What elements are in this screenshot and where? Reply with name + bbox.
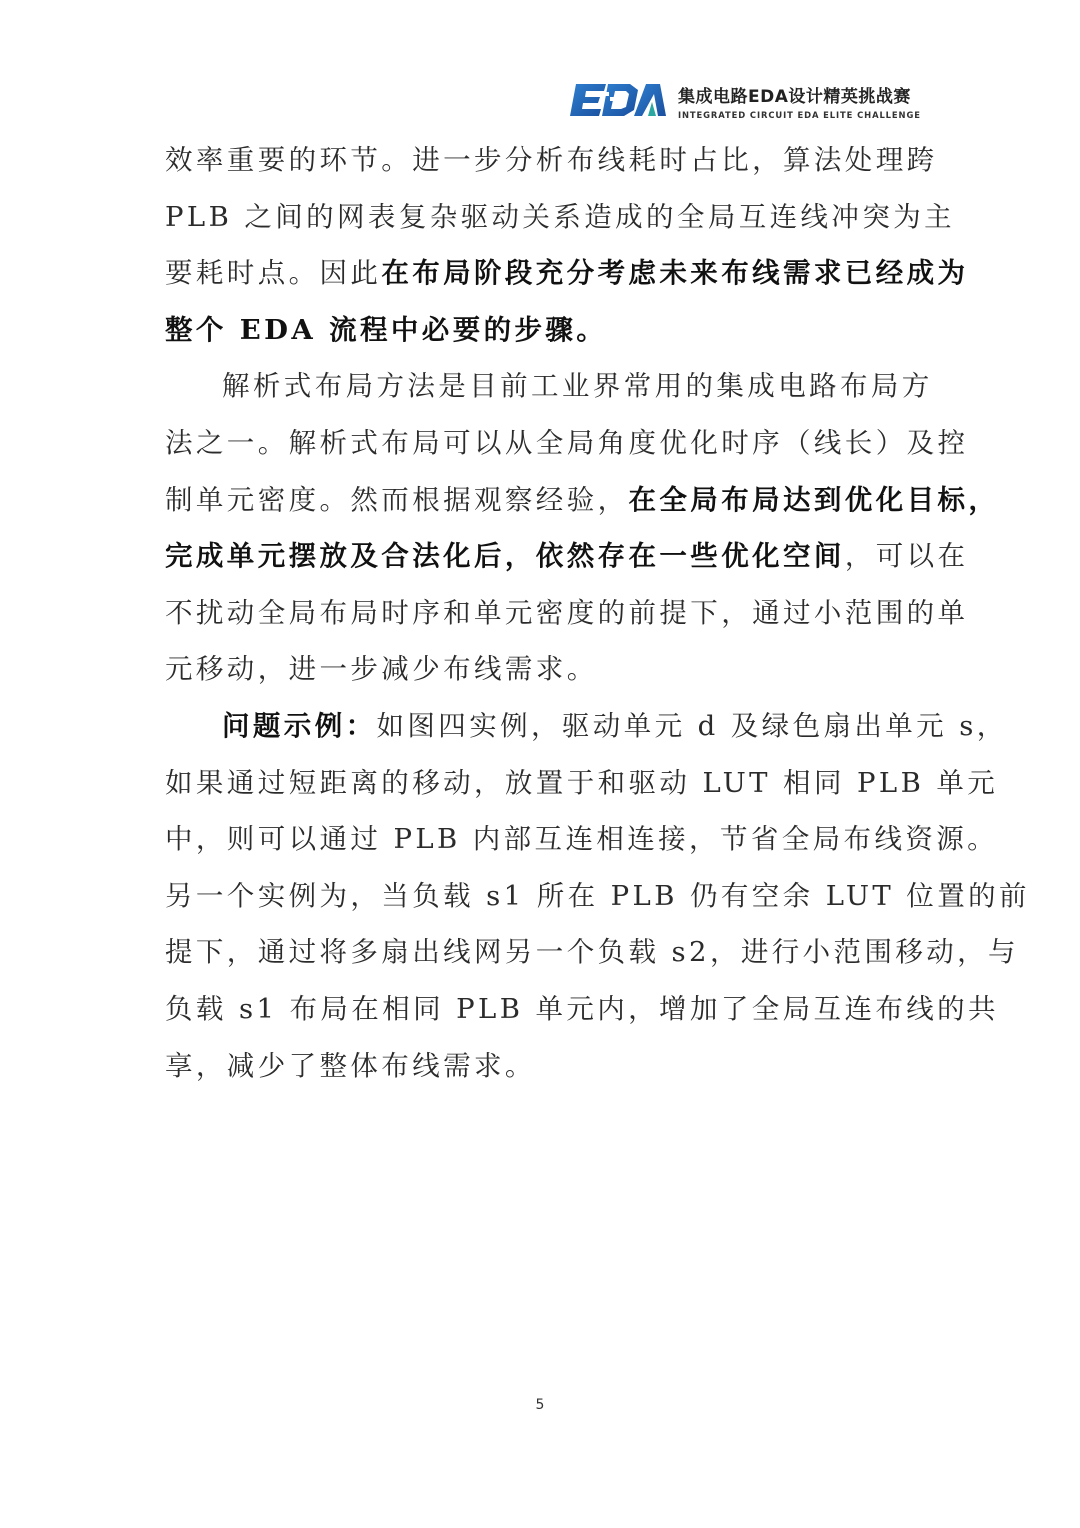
text-line: 完成单元摆放及合法化后，依然存在一些优化空间，可以在 bbox=[165, 528, 917, 585]
paragraph: 问题示例：如图四实例，驱动单元 d 及绿色扇出单元 s， 如果通过短距离的移动，… bbox=[165, 698, 917, 1094]
paragraph: 效率重要的环节。进一步分析布线耗时占比，算法处理跨 PLB 之间的网表复杂驱动关… bbox=[165, 132, 917, 358]
emphasis-text: 完成单元摆放及合法化后，依然存在一些优化空间 bbox=[165, 540, 845, 572]
brand-title-cn: 集成电路EDA设计精英挑战赛 bbox=[678, 82, 921, 107]
text-line: 问题示例：如图四实例，驱动单元 d 及绿色扇出单元 s， bbox=[165, 698, 917, 755]
paragraph: 解析式布局方法是目前工业界常用的集成电路布局方 法之一。解析式布局可以从全局角度… bbox=[165, 358, 917, 698]
brand-title-en: INTEGRATED CIRCUIT EDA ELITE CHALLENGE bbox=[678, 110, 921, 120]
emphasis-text: 整个 EDA 流程中必要的步骤。 bbox=[165, 314, 607, 346]
emphasis-text: 在全局布局达到优化目标， bbox=[629, 484, 1000, 516]
text-line: 提下，通过将多扇出线网另一个负载 s2，进行小范围移动，与 bbox=[165, 924, 917, 981]
document-body: 效率重要的环节。进一步分析布线耗时占比，算法处理跨 PLB 之间的网表复杂驱动关… bbox=[165, 132, 917, 1094]
emphasis-text: 在布局阶段充分考虑未来布线需求已经成为 bbox=[381, 257, 968, 289]
text-line: 效率重要的环节。进一步分析布线耗时占比，算法处理跨 bbox=[165, 132, 917, 189]
text-line: 如果通过短距离的移动，放置于和驱动 LUT 相同 PLB 单元 bbox=[165, 755, 917, 812]
text-line: 元移动，进一步减少布线需求。 bbox=[165, 641, 917, 698]
text-line: 负载 s1 布局在相同 PLB 单元内，增加了全局互连布线的共 bbox=[165, 981, 917, 1038]
text-line: 法之一。解析式布局可以从全局角度优化时序（线长）及控 bbox=[165, 415, 917, 472]
text-line: 不扰动全局布局时序和单元密度的前提下，通过小范围的单 bbox=[165, 585, 917, 642]
text-line: 解析式布局方法是目前工业界常用的集成电路布局方 bbox=[165, 358, 917, 415]
text-line: 中，则可以通过 PLB 内部互连相连接，节省全局布线资源。 bbox=[165, 811, 917, 868]
text-line: 另一个实例为，当负载 s1 所在 PLB 仍有空余 LUT 位置的前 bbox=[165, 868, 917, 925]
eda-logo-icon bbox=[568, 80, 668, 120]
text-line: 整个 EDA 流程中必要的步骤。 bbox=[165, 302, 917, 359]
brand-text: 集成电路EDA设计精英挑战赛 INTEGRATED CIRCUIT EDA EL… bbox=[678, 82, 921, 120]
page-number: 5 bbox=[0, 1397, 1080, 1413]
text-line: PLB 之间的网表复杂驱动关系造成的全局互连线冲突为主 bbox=[165, 189, 917, 246]
label-text: 问题示例： bbox=[222, 710, 377, 742]
text-line: 要耗时点。因此在布局阶段充分考虑未来布线需求已经成为 bbox=[165, 245, 917, 302]
text-line: 享，减少了整体布线需求。 bbox=[165, 1038, 917, 1095]
page-header: 集成电路EDA设计精英挑战赛 INTEGRATED CIRCUIT EDA EL… bbox=[568, 78, 918, 122]
text-line: 制单元密度。然而根据观察经验，在全局布局达到优化目标， bbox=[165, 472, 917, 529]
